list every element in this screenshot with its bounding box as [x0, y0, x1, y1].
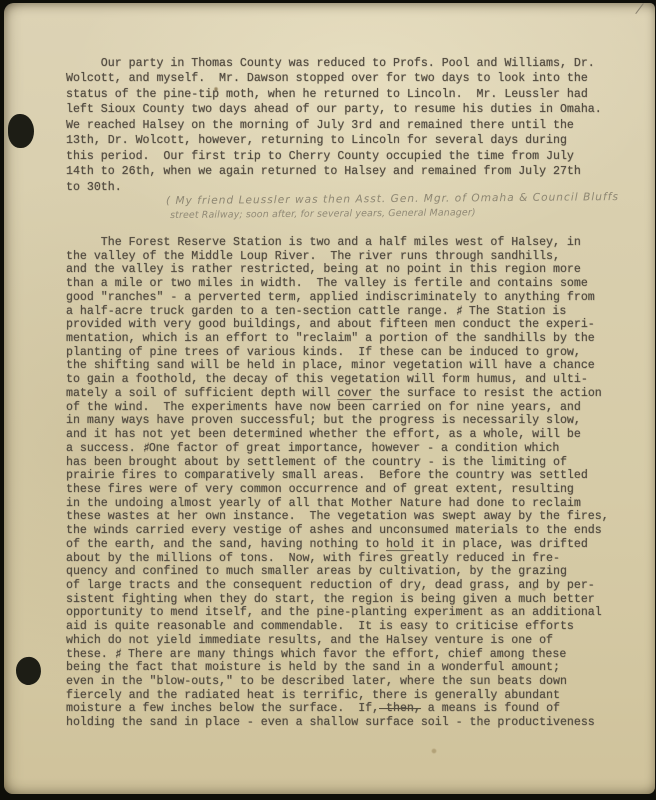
typed-line: provided with very good buildings, and a…: [66, 318, 609, 332]
typed-line: has been brought about by settlement of …: [66, 456, 609, 470]
typed-line: these fires were of very common occurren…: [66, 483, 609, 497]
scan-background: / Our party in Thomas County was reduced…: [0, 0, 656, 800]
typed-line: 14th to 26th, when we again returned to …: [66, 164, 602, 179]
typed-line: mately a soil of sufficient depth will c…: [66, 387, 609, 401]
typed-line: aid is quite reasonable and commendable.…: [66, 620, 609, 634]
typed-line: to gain a foothold, the decay of this ve…: [66, 373, 609, 387]
typed-line: and the valley is rather restricted, bei…: [66, 263, 609, 277]
typed-line: about by the millions of tons. Now, with…: [66, 552, 609, 566]
typed-line: sistent fighting when they do start, the…: [66, 593, 609, 607]
typed-line: Wolcott, and myself. Mr. Dawson stopped …: [66, 71, 602, 86]
typed-line: a half-acre truck garden to a ten-sectio…: [66, 305, 609, 319]
typed-line: left Sioux County two days ahead of our …: [66, 102, 602, 117]
typed-line: Our party in Thomas County was reduced t…: [66, 56, 602, 71]
typed-line: planting of pine trees of various kinds.…: [66, 346, 609, 360]
typed-line: quency and confined to much smaller area…: [66, 565, 609, 579]
typed-line: status of the pine-tip moth, when he ret…: [66, 87, 602, 102]
typed-line: fiercely and the radiated heat is terrif…: [66, 689, 609, 703]
typed-line: in many ways have proven successful; but…: [66, 414, 609, 428]
typed-line: opportunity to mend itself, and the pine…: [66, 606, 609, 620]
typed-line: mentation, which is an effort to "reclai…: [66, 332, 609, 346]
typed-line: this period. Our first trip to Cherry Co…: [66, 149, 602, 164]
typed-line: 13th, Dr. Wolcott, however, returning to…: [66, 133, 602, 148]
typed-line: We reached Halsey on the morning of July…: [66, 118, 602, 133]
typed-line: of the earth, and the sand, having nothi…: [66, 538, 609, 552]
typed-line: moisture a few inches below the surface.…: [66, 702, 609, 716]
typed-line: prairie fires to comparatively small are…: [66, 469, 609, 483]
typed-paragraph-1: Our party in Thomas County was reduced t…: [66, 56, 602, 195]
typed-line: a success. ♯One factor of great importan…: [66, 442, 609, 456]
typed-line: and it has not yet been determined wheth…: [66, 428, 609, 442]
typed-line: of large tracts and the consequent reduc…: [66, 579, 609, 593]
typed-line: good "ranches" - a perverted term, appli…: [66, 291, 609, 305]
typed-line: even in the "blow-outs," to be described…: [66, 675, 609, 689]
typed-paragraph-2: The Forest Reserve Station is two and a …: [66, 236, 609, 730]
typed-line: being the fact that moisture is held by …: [66, 661, 609, 675]
handwritten-annotation: ( My friend Leussler was then Asst. Gen.…: [166, 191, 626, 221]
typed-line: than a mile or two miles in width. The v…: [66, 277, 609, 291]
typed-line: of the wind. The experiments have now be…: [66, 401, 609, 415]
typed-line: these. ♯ There are many things which fav…: [66, 648, 609, 662]
binder-hole-top: [8, 114, 34, 148]
typed-line: which do not yield immediate results, an…: [66, 634, 609, 648]
typed-line: the valley of the Middle Loup River. The…: [66, 250, 609, 264]
typed-line: holding the sand in place - even a shall…: [66, 716, 609, 730]
typed-line: these wastes at her own instance. The ve…: [66, 510, 609, 524]
typed-line: in the undoing almost yearly of all that…: [66, 497, 609, 511]
typed-line: the shifting sand will be held in place,…: [66, 359, 609, 373]
typed-line: The Forest Reserve Station is two and a …: [66, 236, 609, 250]
typed-line: the winds carried every vestige of ashes…: [66, 524, 609, 538]
